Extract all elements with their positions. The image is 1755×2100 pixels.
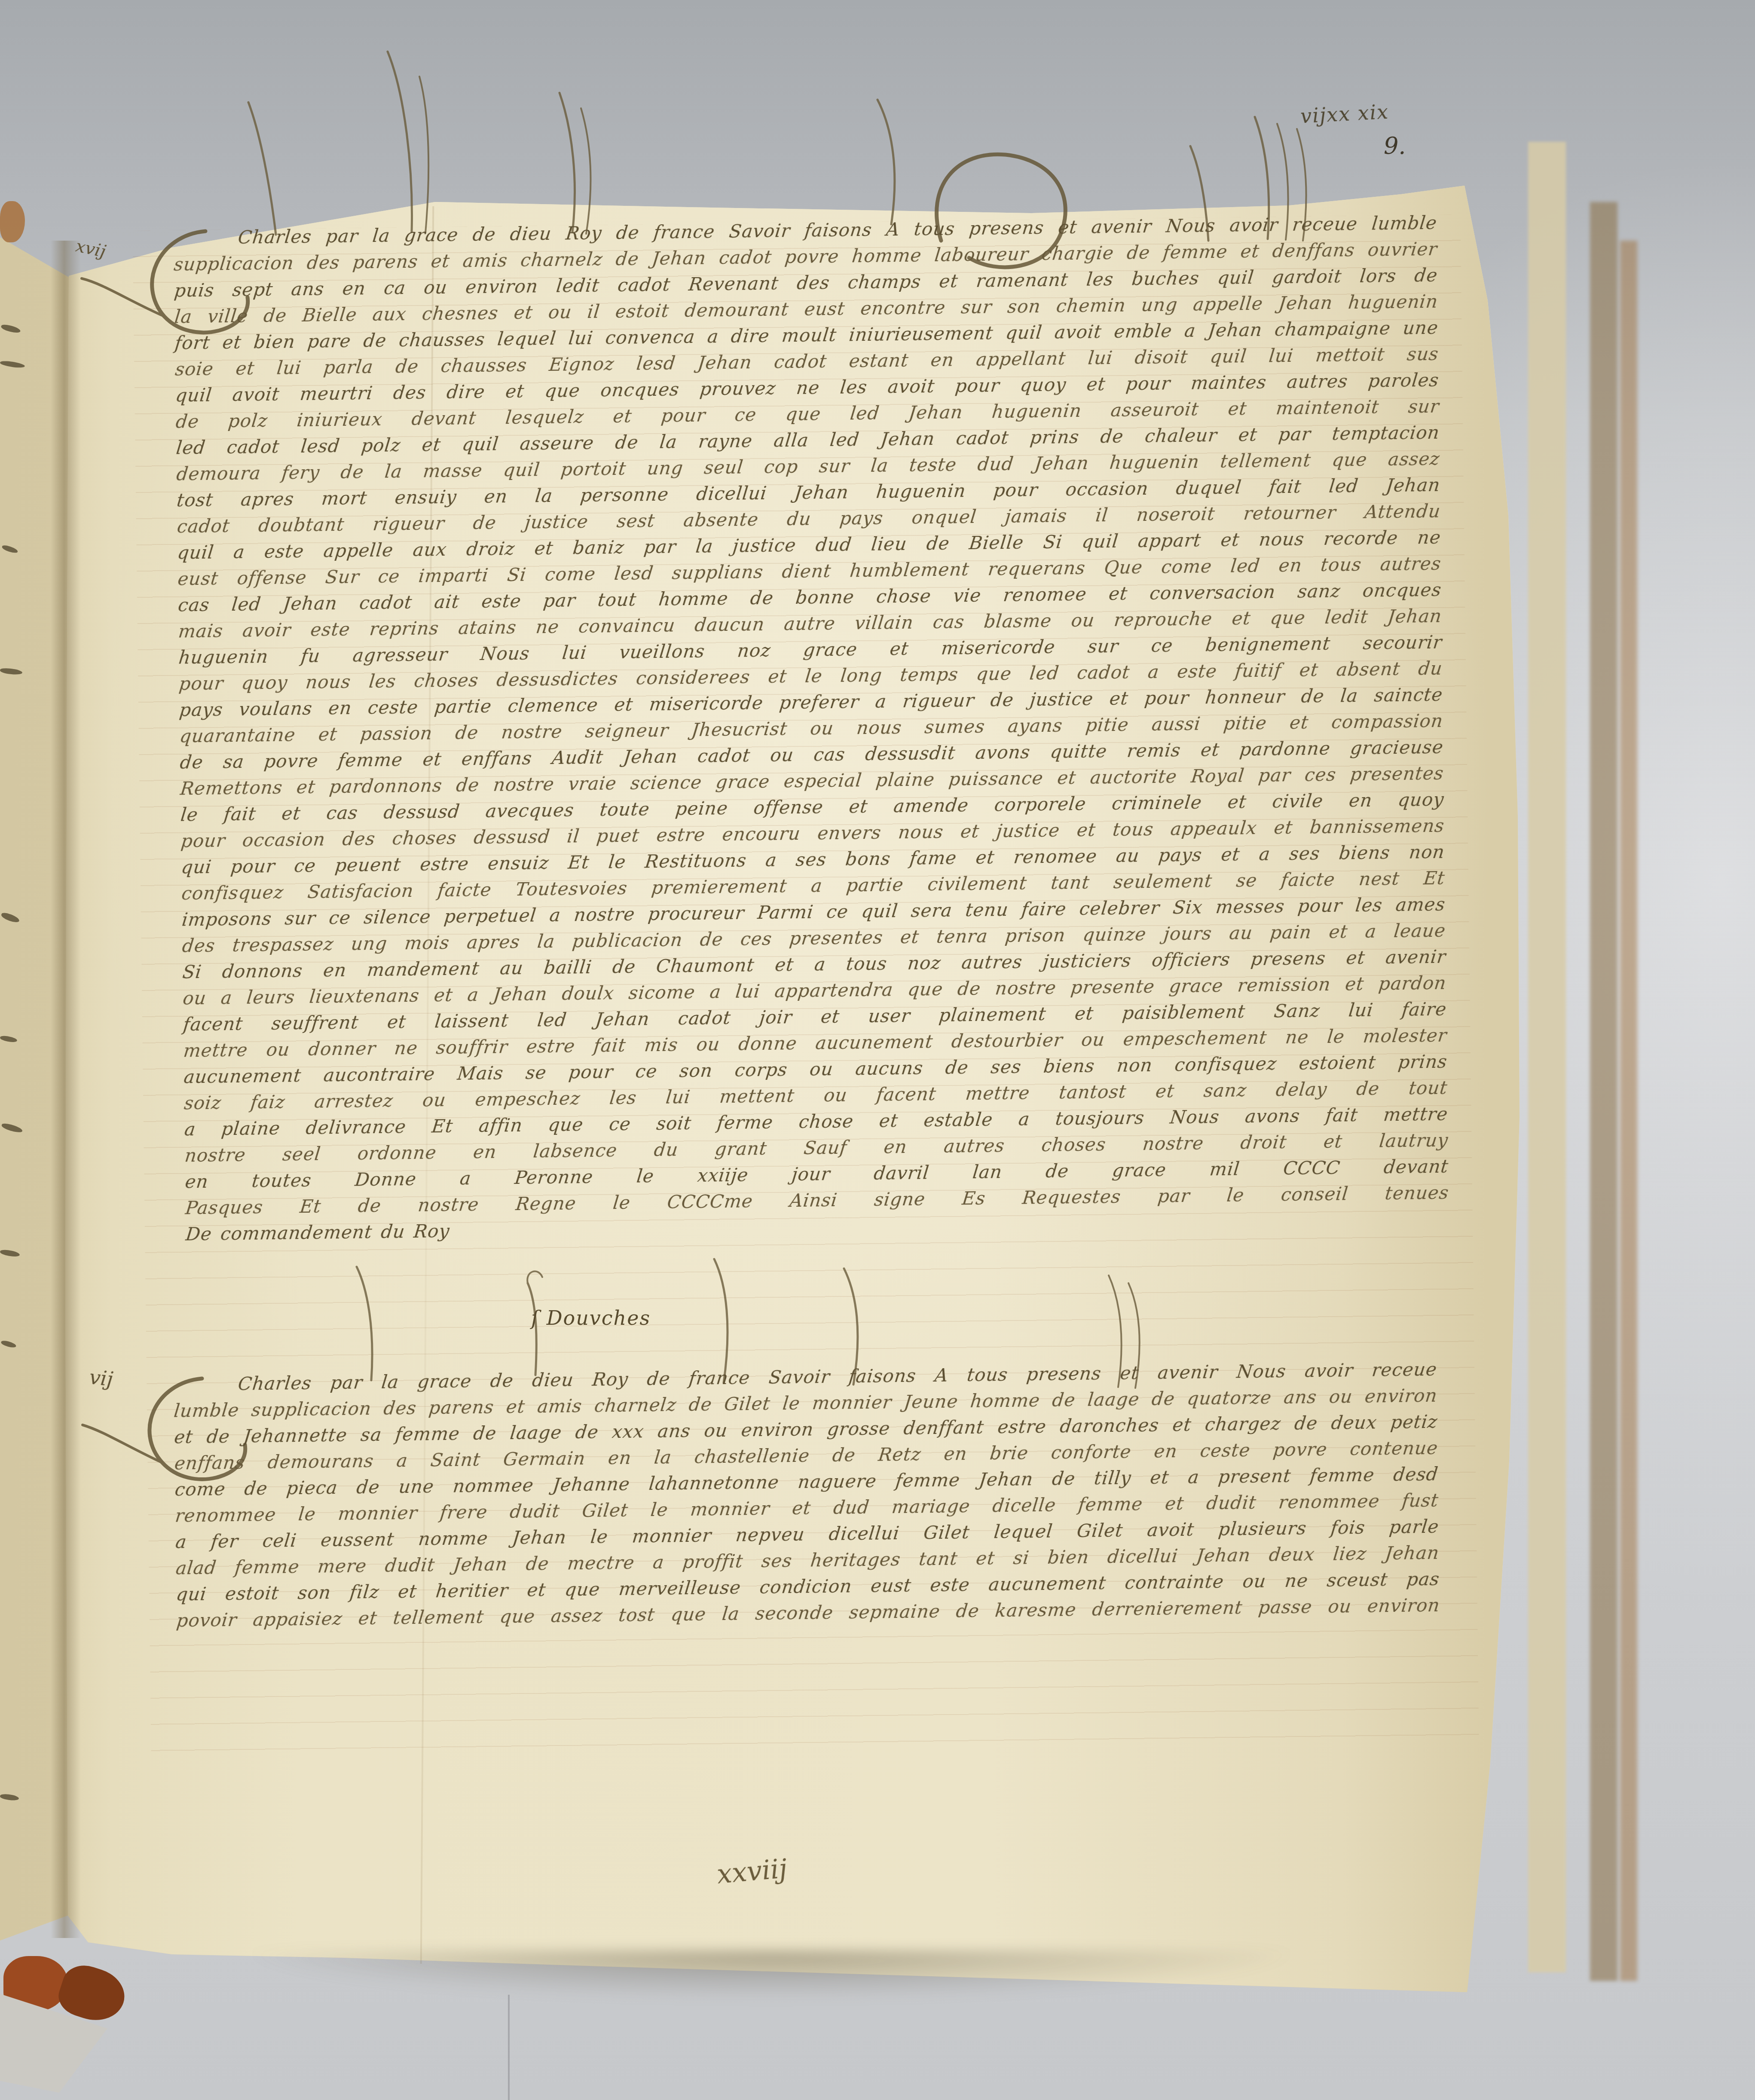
fore-edge-light-band (1528, 142, 1566, 1972)
page-bottom-shadow (69, 1951, 1474, 2015)
fore-edge-dark-band (1590, 202, 1617, 1981)
top-inscription: vijxx xix (1300, 100, 1390, 128)
fore-edge-rust-band (1620, 241, 1637, 1981)
gutter-crease-shadow (51, 241, 81, 1938)
section-heading: ſ Douvches (531, 1306, 651, 1330)
quire-mark: xxviij (715, 1852, 789, 1890)
entry-1-text: Charles par la grace de dieu Roy de fran… (172, 210, 1448, 1247)
folio-number: 9. (1384, 132, 1406, 159)
photo-backdrop: vijxx xix 9. xvij vij Charles par la gra… (0, 0, 1755, 2100)
binding-thread-top (0, 201, 25, 242)
entry-2-text: Charles par la grace de dieu Roy de fran… (172, 1356, 1438, 1634)
section-heading-label: Douvches (547, 1306, 651, 1330)
paragraph-mark: ſ (531, 1306, 539, 1330)
margin-mark-2: vij (88, 1365, 114, 1391)
book-stand-edge (508, 1995, 510, 2100)
